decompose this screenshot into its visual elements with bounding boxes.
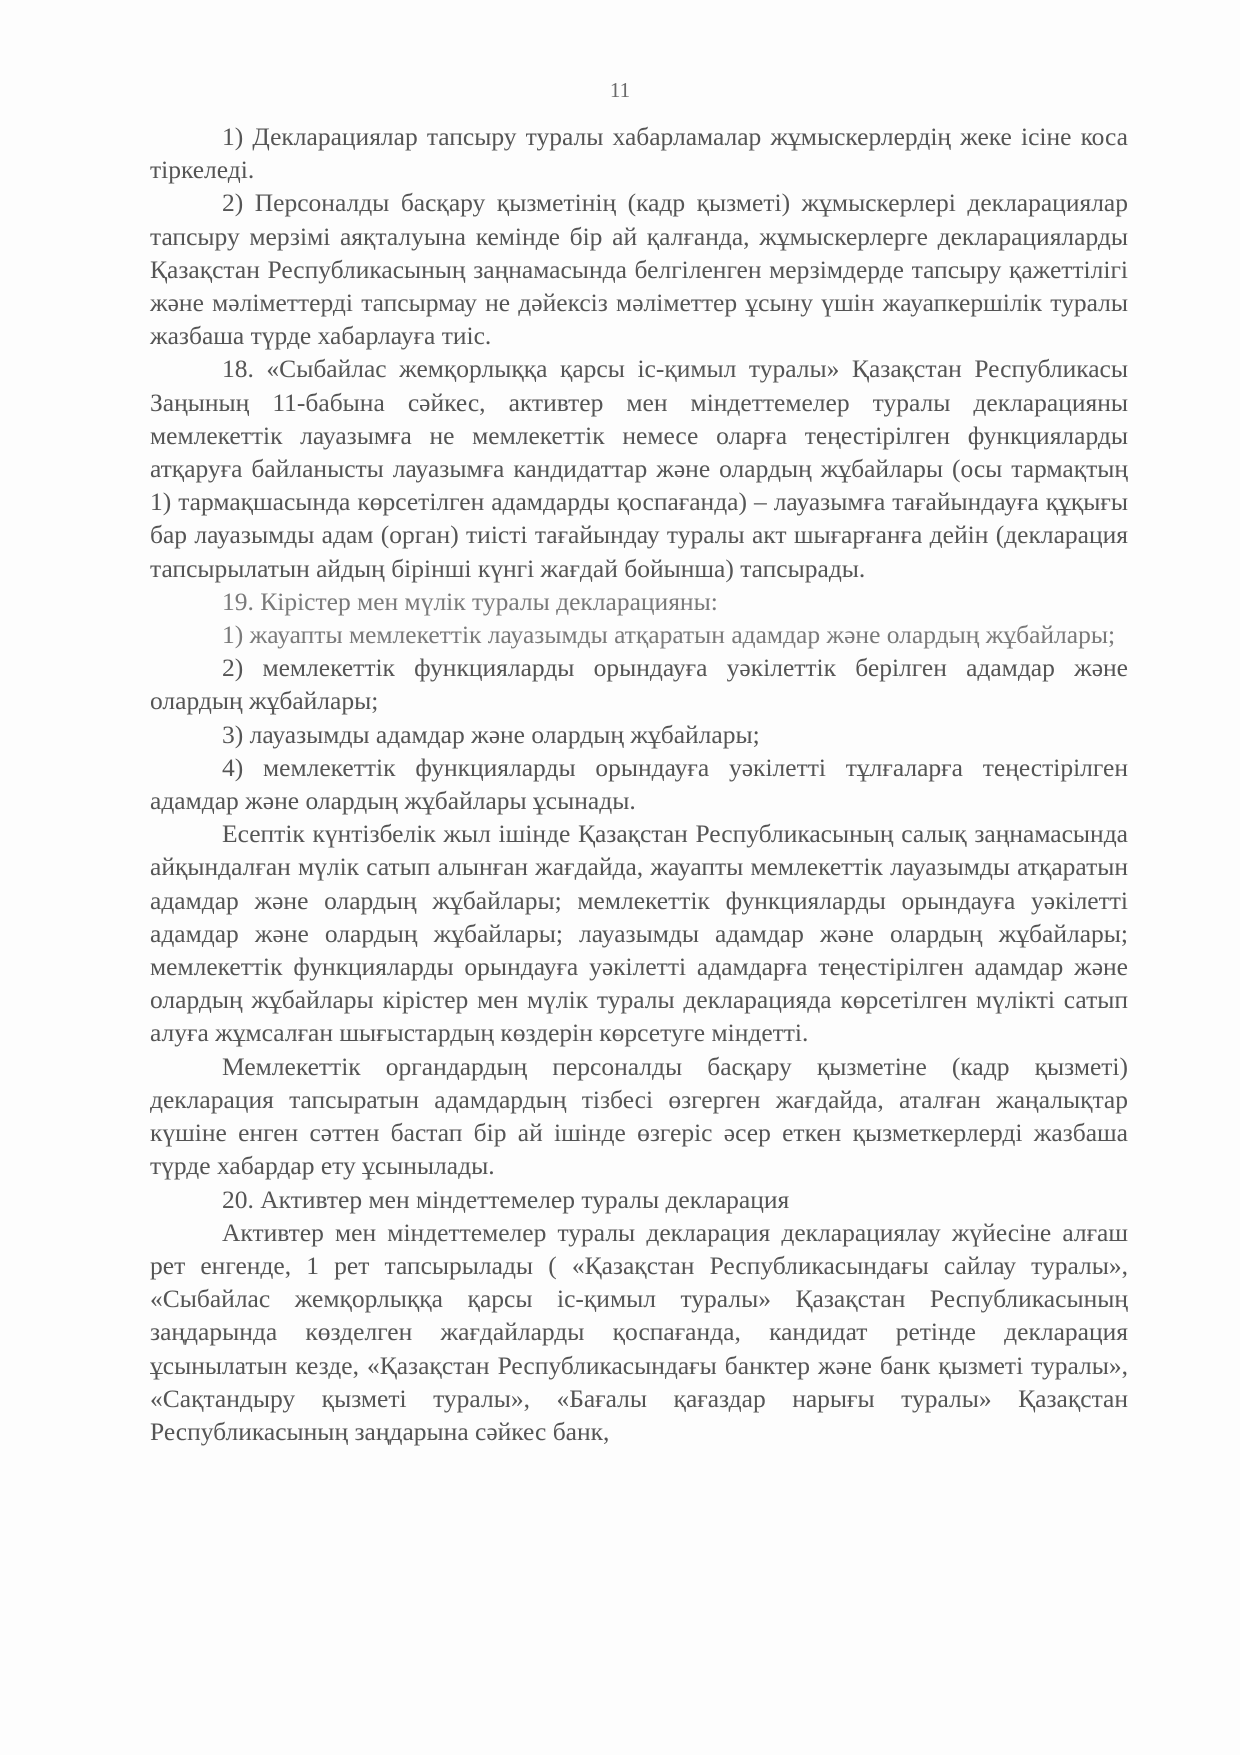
list-item-19-4: 4) мемлекеттік функцияларды орындауға уә… [150, 751, 1128, 817]
list-item-19-1: 1) жауапты мемлекеттік лауазымды атқарат… [150, 618, 1128, 651]
paragraph-section-20-heading: 20. Активтер мен міндеттемелер туралы де… [150, 1183, 1128, 1216]
paragraph-notice-attached: 1) Декларациялар тапсыру туралы хабарлам… [150, 120, 1128, 186]
document-page: 11 1) Декларациялар тапсыру туралы хабар… [0, 0, 1240, 1755]
list-item-19-3: 3) лауазымды адамдар және олардың жұбайл… [150, 718, 1128, 751]
paragraph-section-18: 18. «Сыбайлас жемқорлыққа қарсы іс-қимыл… [150, 352, 1128, 584]
paragraph-section-20-body: Активтер мен міндеттемелер туралы деклар… [150, 1216, 1128, 1448]
paragraph-property-acquisition: Есептік күнтізбелік жыл ішінде Қазақстан… [150, 817, 1128, 1049]
page-number: 11 [0, 78, 1240, 103]
list-item-19-2: 2) мемлекеттік функцияларды орындауға уә… [150, 651, 1128, 717]
document-body: 1) Декларациялар тапсыру туралы хабарлам… [150, 120, 1128, 1448]
paragraph-section-19-heading: 19. Кірістер мен мүлік туралы декларация… [150, 585, 1128, 618]
paragraph-hr-notify: 2) Персоналды басқару қызметінің (кадр қ… [150, 186, 1128, 352]
paragraph-list-change: Мемлекеттік органдардың персоналды басқа… [150, 1050, 1128, 1183]
